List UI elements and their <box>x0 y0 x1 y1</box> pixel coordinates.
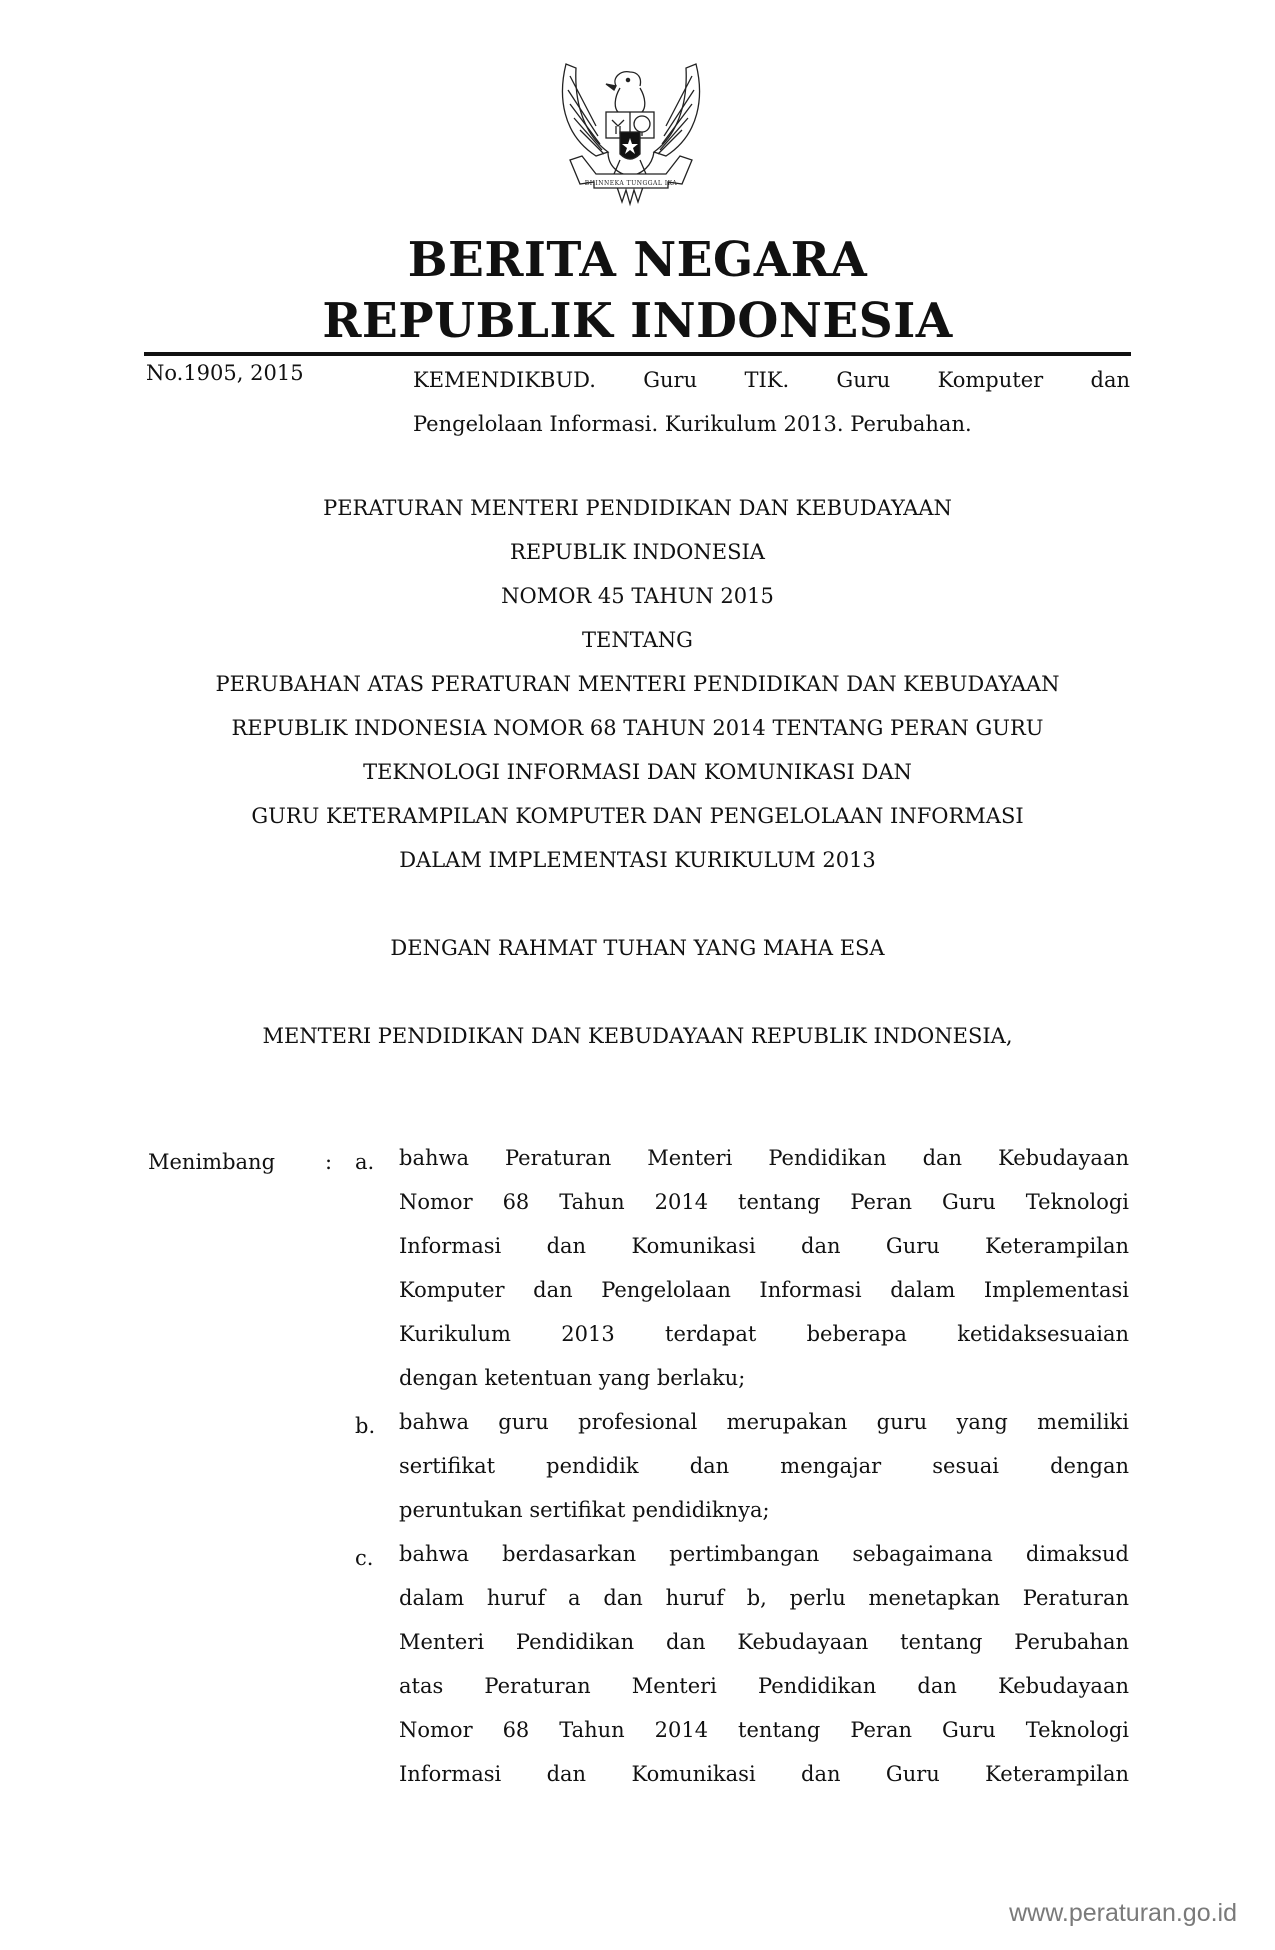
invocation: DENGAN RAHMAT TUHAN YANG MAHA ESA <box>0 926 1275 970</box>
regulation-title-line: REPUBLIK INDONESIA <box>0 530 1275 574</box>
paragraph-line: Komputer dan Pengelolaan Informasi dalam… <box>399 1268 1129 1312</box>
svg-text:BHINNEKA TUNGGAL IKA: BHINNEKA TUNGGAL IKA <box>585 180 678 187</box>
gazette-subject-line: Pengelolaan Informasi. Kurikulum 2013. P… <box>413 405 1130 449</box>
item-marker-b: b. <box>355 1414 375 1438</box>
paragraph-line: Informasi dan Komunikasi dan Guru Ketera… <box>399 1224 1129 1268</box>
paragraph-line: peruntukan sertifikat pendidiknya; <box>399 1488 1129 1532</box>
gazette-subject-line: KEMENDIKBUD. Guru TIK. Guru Komputer dan <box>413 361 1130 405</box>
regulation-title-line: TENTANG <box>0 618 1275 662</box>
regulation-title-line: NOMOR 45 TAHUN 2015 <box>0 574 1275 618</box>
paragraph-line: Menteri Pendidikan dan Kebudayaan tentan… <box>399 1620 1129 1664</box>
masthead-title: BERITA NEGARA <box>13 236 1263 284</box>
considering-label: Menimbang <box>148 1150 275 1174</box>
masthead-rule <box>144 352 1131 356</box>
paragraph-line: Nomor 68 Tahun 2014 tentang Peran Guru T… <box>399 1180 1129 1224</box>
paragraph-line: Nomor 68 Tahun 2014 tentang Peran Guru T… <box>399 1708 1129 1752</box>
invocation-block: DENGAN RAHMAT TUHAN YANG MAHA ESA <box>0 926 1275 970</box>
gazette-subject: KEMENDIKBUD. Guru TIK. Guru Komputer dan… <box>413 361 1130 449</box>
considering-colon: : <box>325 1150 332 1174</box>
regulation-title-line: DALAM IMPLEMENTASI KURIKULUM 2013 <box>0 838 1275 882</box>
garuda-pancasila-emblem-icon: BHINNEKA TUNGGAL IKA <box>556 56 706 210</box>
authority-block: MENTERI PENDIDIKAN DAN KEBUDAYAAN REPUBL… <box>0 1014 1275 1058</box>
regulation-title-line: GURU KETERAMPILAN KOMPUTER DAN PENGELOLA… <box>0 794 1275 838</box>
item-marker-a: a. <box>355 1150 374 1174</box>
regulation-title-line: PERUBAHAN ATAS PERATURAN MENTERI PENDIDI… <box>0 662 1275 706</box>
paragraph-line: dengan ketentuan yang berlaku; <box>399 1356 1129 1400</box>
paragraph-line: Kurikulum 2013 terdapat beberapa ketidak… <box>399 1312 1129 1356</box>
authority: MENTERI PENDIDIKAN DAN KEBUDAYAAN REPUBL… <box>0 1014 1275 1058</box>
considering-item-b: bahwa guru profesional merupakan guru ya… <box>399 1400 1129 1532</box>
paragraph-line: dalam huruf a dan huruf b, perlu menetap… <box>399 1576 1129 1620</box>
masthead-subtitle: REPUBLIK INDONESIA <box>13 297 1263 345</box>
regulation-title-line: PERATURAN MENTERI PENDIDIKAN DAN KEBUDAY… <box>0 486 1275 530</box>
gazette-number: No.1905, 2015 <box>146 361 304 385</box>
paragraph-line: bahwa berdasarkan pertimbangan sebagaima… <box>399 1532 1129 1576</box>
paragraph-line: bahwa guru profesional merupakan guru ya… <box>399 1400 1129 1444</box>
paragraph-line: atas Peraturan Menteri Pendidikan dan Ke… <box>399 1664 1129 1708</box>
item-marker-c: c. <box>355 1546 373 1570</box>
regulation-title: PERATURAN MENTERI PENDIDIKAN DAN KEBUDAY… <box>0 486 1275 882</box>
regulation-title-line: REPUBLIK INDONESIA NOMOR 68 TAHUN 2014 T… <box>0 706 1275 750</box>
source-watermark: www.peraturan.go.id <box>1009 1899 1237 1928</box>
considering-item-a: bahwa Peraturan Menteri Pendidikan dan K… <box>399 1136 1129 1400</box>
paragraph-line: sertifikat pendidik dan mengajar sesuai … <box>399 1444 1129 1488</box>
regulation-title-line: TEKNOLOGI INFORMASI DAN KOMUNIKASI DAN <box>0 750 1275 794</box>
considering-item-c: bahwa berdasarkan pertimbangan sebagaima… <box>399 1532 1129 1796</box>
paragraph-line: bahwa Peraturan Menteri Pendidikan dan K… <box>399 1136 1129 1180</box>
paragraph-line: Informasi dan Komunikasi dan Guru Ketera… <box>399 1752 1129 1796</box>
